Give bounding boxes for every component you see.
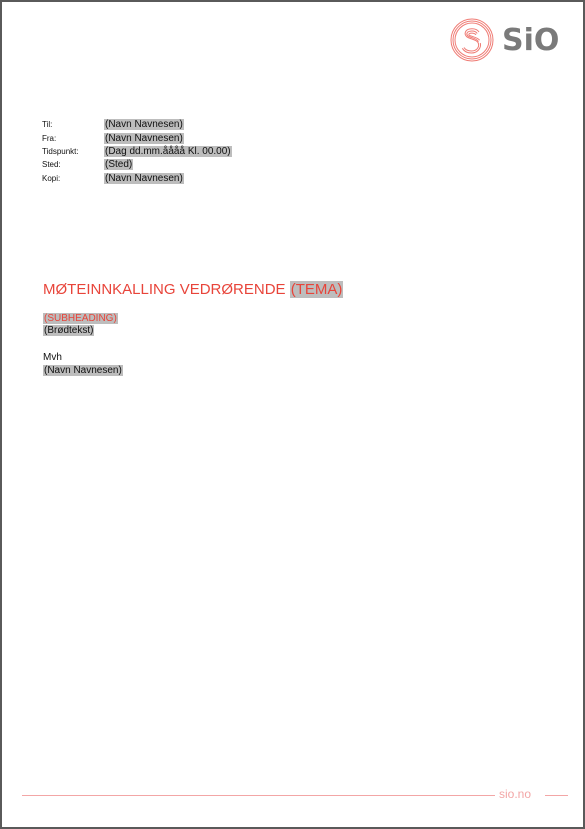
signature: (Navn Navnesen) — [43, 365, 123, 376]
footer-divider-left — [22, 795, 495, 796]
document-title: MØTEINNKALLING VEDRØRENDE (TEMA) — [43, 281, 343, 298]
meta-value-field[interactable]: (Sted) — [104, 159, 133, 170]
meta-row-til: Til: (Navn Navnesen) — [42, 118, 232, 131]
title-text: MØTEINNKALLING VEDRØRENDE — [43, 281, 290, 298]
meeting-meta: Til: (Navn Navnesen) Fra: (Navn Navnesen… — [42, 118, 232, 185]
title-placeholder-field[interactable]: (TEMA) — [290, 281, 344, 298]
meta-row-kopi: Kopi: (Navn Navnesen) — [42, 172, 232, 185]
signature-placeholder-field[interactable]: (Navn Navnesen) — [43, 365, 123, 376]
meta-value-field[interactable]: (Navn Navnesen) — [104, 119, 184, 130]
footer-divider-right — [545, 795, 568, 796]
body-placeholder-field[interactable]: (Brødtekst) — [43, 325, 94, 336]
meta-label: Kopi: — [42, 174, 104, 183]
body-text: (Brødtekst) — [43, 325, 94, 336]
meta-value-field[interactable]: (Navn Navnesen) — [104, 133, 184, 144]
logo-wordmark: SiO — [502, 23, 559, 58]
meta-row-tidspunkt: Tidspunkt: (Dag dd.mm.åååå Kl. 00.00) — [42, 145, 232, 158]
subheading-placeholder-field[interactable]: (SUBHEADING) — [43, 313, 118, 324]
closing-greeting: Mvh — [43, 352, 62, 363]
meta-label: Sted: — [42, 160, 104, 169]
meta-row-fra: Fra: (Navn Navnesen) — [42, 131, 232, 144]
subheading: (SUBHEADING) — [43, 313, 118, 324]
sio-logo: SiO — [450, 18, 559, 62]
meta-row-sted: Sted: (Sted) — [42, 158, 232, 171]
sio-s-circle-icon — [450, 18, 494, 62]
document-page: SiO Til: (Navn Navnesen) Fra: (Navn Navn… — [0, 0, 585, 829]
meta-value-field[interactable]: (Navn Navnesen) — [104, 173, 184, 184]
meta-value-field[interactable]: (Dag dd.mm.åååå Kl. 00.00) — [104, 146, 232, 157]
meta-label: Fra: — [42, 134, 104, 143]
footer-website: sio.no — [499, 787, 531, 801]
meta-label: Til: — [42, 120, 104, 129]
meta-label: Tidspunkt: — [42, 147, 104, 156]
